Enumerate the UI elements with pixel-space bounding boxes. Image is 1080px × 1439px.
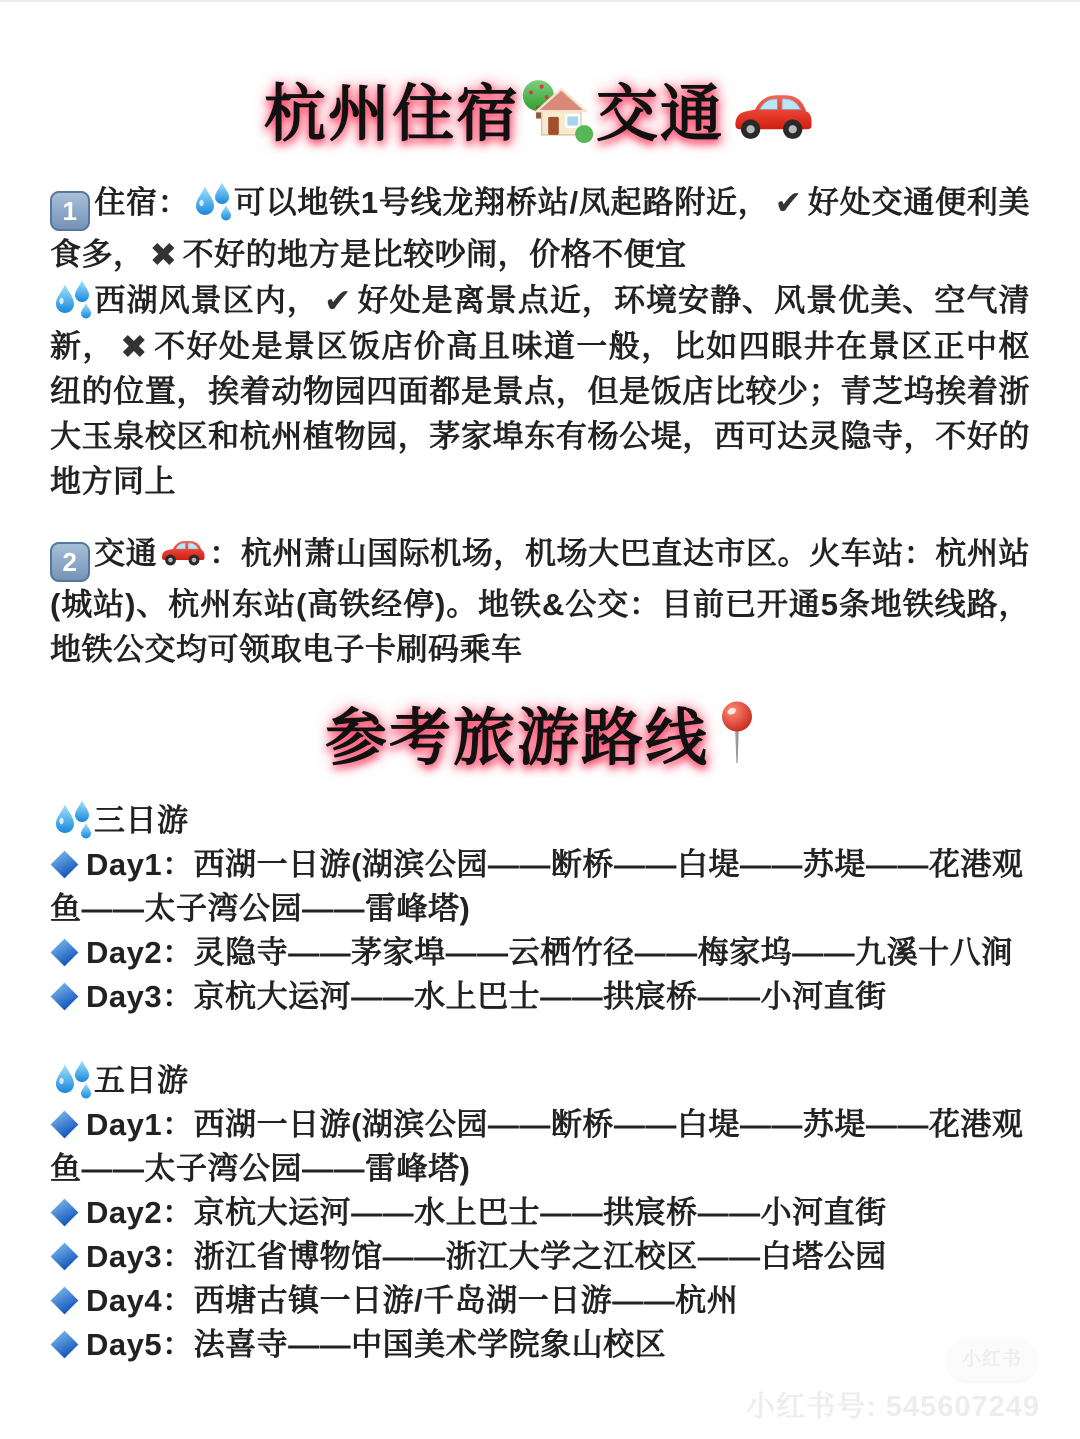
sweat-droplets-icon bbox=[52, 799, 92, 839]
xiaohongshu-note-page: 杭州住宿交通 1住宿：可以地铁1号线龙翔桥站/凤起路附近，✔好处交通便利美食多，… bbox=[0, 0, 1080, 1439]
route-day-text: Day2：京杭大运河——水上巴士——拱宸桥——小河直街 bbox=[86, 1195, 887, 1230]
route-day-text: Day3：京杭大运河——水上巴士——拱宸桥——小河直街 bbox=[86, 979, 887, 1014]
accommodation-paragraph-westlake: 西湖风景区内，✔好处是离景点近，环境安静、风景优美、空气清新，✖不好处是景区饭店… bbox=[50, 277, 1030, 504]
route-day-text: Day2：灵隐寺——茅家埠——云栖竹径——梅家坞——九溪十八涧 bbox=[86, 935, 1013, 970]
blue-diamond-icon bbox=[50, 1110, 79, 1139]
transport-paragraph: 2交通：杭州萧山国际机场，机场大巴直达市区。火车站：杭州站(城站)、杭州东站(高… bbox=[50, 531, 1030, 672]
route-day-item: Day1：西湖一日游(湖滨公园——断桥——白堤——苏堤——花港观鱼——太子湾公园… bbox=[50, 843, 1030, 931]
blue-diamond-icon bbox=[50, 1198, 79, 1227]
route-day-text: Day5：法喜寺——中国美术学院象山校区 bbox=[86, 1327, 666, 1362]
accommodation-paragraph-metro: 1住宿：可以地铁1号线龙翔桥站/凤起路附近，✔好处交通便利美食多，✖不好的地方是… bbox=[50, 179, 1030, 277]
routes-title-text: 参考旅游路线 bbox=[325, 704, 709, 773]
blue-diamond-icon bbox=[50, 938, 79, 967]
red-car-icon bbox=[159, 535, 207, 568]
xiaohongshu-id-watermark: 小红书号: 545607249 bbox=[746, 1384, 1040, 1425]
main-title-part1: 杭州住宿 bbox=[264, 80, 520, 149]
metro-cons-text: 不好的地方是比较吵闹，价格不便宜 bbox=[183, 237, 687, 272]
metro-intro-text: 可以地铁1号线龙翔桥站/凤起路附近， bbox=[234, 185, 770, 220]
sweat-droplets-icon bbox=[52, 1059, 92, 1099]
house-with-garden-icon bbox=[522, 79, 594, 145]
transport-label: 交通 bbox=[94, 536, 157, 571]
check-mark-icon: ✔ bbox=[775, 180, 803, 225]
sweat-droplets-icon bbox=[192, 181, 232, 221]
blue-diamond-icon bbox=[50, 982, 79, 1011]
blue-diamond-icon bbox=[50, 1286, 79, 1315]
five-day-header: 五日游 bbox=[50, 1059, 1030, 1103]
routes-title: 参考旅游路线 bbox=[50, 688, 1030, 777]
three-day-route-block: 三日游 Day1：西湖一日游(湖滨公园——断桥——白堤——苏堤——花港观鱼——太… bbox=[50, 799, 1030, 1019]
main-title: 杭州住宿交通 bbox=[50, 64, 1030, 153]
route-day-item: Day4：西塘古镇一日游/千岛湖一日游——杭州 bbox=[50, 1279, 1030, 1323]
note-content: 杭州住宿交通 1住宿：可以地铁1号线龙翔桥站/凤起路附近，✔好处交通便利美食多，… bbox=[0, 64, 1080, 1367]
route-day-text: Day4：西塘古镇一日游/千岛湖一日游——杭州 bbox=[86, 1283, 738, 1318]
route-day-item: Day3：浙江省博物馆——浙江大学之江校区——白塔公园 bbox=[50, 1235, 1030, 1279]
sweat-droplets-icon bbox=[52, 279, 92, 319]
route-day-text: Day1：西湖一日游(湖滨公园——断桥——白堤——苏堤——花港观鱼——太子湾公园… bbox=[50, 847, 1023, 926]
blue-diamond-icon bbox=[50, 1330, 79, 1359]
route-day-item: Day2：京杭大运河——水上巴士——拱宸桥——小河直街 bbox=[50, 1191, 1030, 1235]
blue-diamond-icon bbox=[50, 850, 79, 879]
route-day-item: Day3：京杭大运河——水上巴士——拱宸桥——小河直街 bbox=[50, 975, 1030, 1019]
blue-diamond-icon bbox=[50, 1242, 79, 1271]
check-mark-icon: ✔ bbox=[324, 278, 352, 323]
accommodation-label: 住宿： bbox=[94, 185, 190, 220]
route-day-item: Day2：灵隐寺——茅家埠——云栖竹径——梅家坞——九溪十八涧 bbox=[50, 931, 1030, 975]
cross-mark-icon: ✖ bbox=[150, 232, 178, 277]
five-day-header-text: 五日游 bbox=[94, 1063, 189, 1098]
round-pushpin-icon bbox=[719, 691, 755, 775]
cross-mark-icon: ✖ bbox=[120, 324, 148, 369]
three-day-header-text: 三日游 bbox=[94, 803, 189, 838]
route-day-item: Day5：法喜寺——中国美术学院象山校区 bbox=[50, 1323, 1030, 1367]
westlake-cons-text: 不好处是景区饭店价高且味道一般，比如四眼井在景区正中枢纽的位置，挨着动物园四面都… bbox=[50, 329, 1030, 499]
route-day-item: Day1：西湖一日游(湖滨公园——断桥——白堤——苏堤——花港观鱼——太子湾公园… bbox=[50, 1103, 1030, 1191]
five-day-route-block: 五日游 Day1：西湖一日游(湖滨公园——断桥——白堤——苏堤——花港观鱼——太… bbox=[50, 1059, 1030, 1367]
route-day-text: Day3：浙江省博物馆——浙江大学之江校区——白塔公园 bbox=[86, 1239, 887, 1274]
red-car-icon bbox=[730, 85, 816, 143]
keycap-1-icon: 1 bbox=[50, 191, 90, 231]
route-day-text: Day1：西湖一日游(湖滨公园——断桥——白堤——苏堤——花港观鱼——太子湾公园… bbox=[50, 1107, 1023, 1186]
main-title-part2: 交通 bbox=[596, 80, 724, 149]
xiaohongshu-logo-badge: 小红书 bbox=[948, 1339, 1036, 1381]
keycap-2-icon: 2 bbox=[50, 542, 90, 582]
three-day-header: 三日游 bbox=[50, 799, 1030, 843]
westlake-intro-text: 西湖风景区内， bbox=[94, 283, 319, 318]
